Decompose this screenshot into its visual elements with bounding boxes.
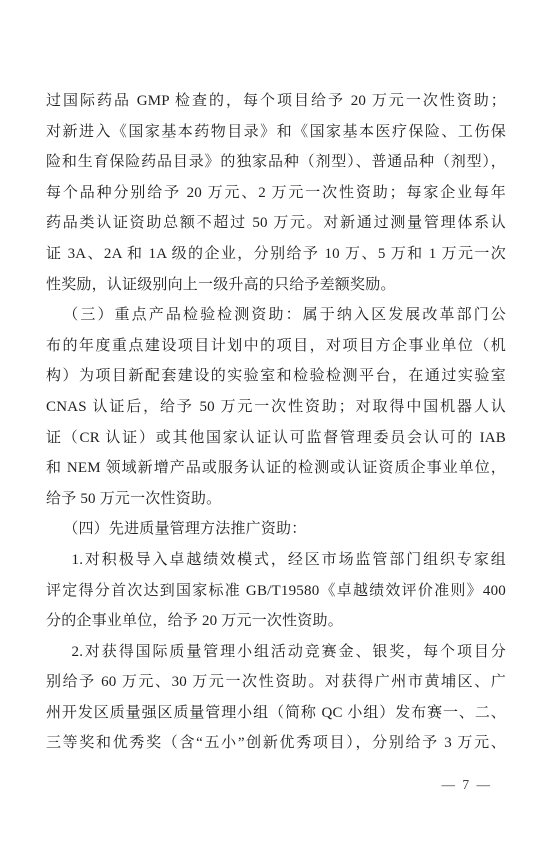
text-line: 险和生育保险药品目录》的独家品种（剂型）、普通品种（剂型）， bbox=[46, 147, 506, 178]
page-number: — 7 — bbox=[0, 776, 550, 794]
text-line: 别给予 60 万元、30 万元一次性资助。对获得广州市黄埔区、广 bbox=[46, 667, 506, 698]
text-line: （四）先进质量管理方法推广资助： bbox=[46, 514, 506, 545]
text-line: CNAS 认证后，给予 50 万元一次性资助；对取得中国机器人认 bbox=[46, 392, 506, 423]
text-line: 药品类认证资助总额不超过 50 万元。对新通过测量管理体系认 bbox=[46, 208, 506, 239]
text-line: 分的企事业单位，给予 20 万元一次性资助。 bbox=[46, 606, 506, 637]
text-line: 每个品种分别给予 20 万元、2 万元一次性资助；每家企业每年 bbox=[46, 178, 506, 209]
text-line: （三）重点产品检验检测资助：属于纳入区发展改革部门公 bbox=[46, 300, 506, 331]
text-line: 给予 50 万元一次性资助。 bbox=[46, 484, 506, 515]
text-line: 证 3A、2A 和 1A 级的企业，分别给予 10 万、5 万和 1 万元一次 bbox=[46, 239, 506, 270]
text-line: 过国际药品 GMP 检查的，每个项目给予 20 万元一次性资助； bbox=[46, 86, 506, 117]
text-line: 2.对获得国际质量管理小组活动竞赛金、银奖，每个项目分 bbox=[46, 637, 506, 668]
text-line: 构）为项目新配套建设的实验室和检验检测平台，在通过实验室 bbox=[46, 361, 506, 392]
text-line: 性奖励，认证级别向上一级升高的只给予差额奖励。 bbox=[46, 270, 506, 301]
text-line: 州开发区质量强区质量管理小组（简称 QC 小组）发布赛一、二、 bbox=[46, 698, 506, 729]
text-line: 和 NEM 领域新增产品或服务认证的检测或认证资质企事业单位， bbox=[46, 453, 506, 484]
text-line: 证（CR 认证）或其他国家认证认可监督管理委员会认可的 IAB bbox=[46, 423, 506, 454]
document-page: 过国际药品 GMP 检查的，每个项目给予 20 万元一次性资助；对新进入《国家基… bbox=[0, 0, 550, 859]
text-line: 布的年度重点建设项目计划中的项目，对项目方企事业单位（机 bbox=[46, 331, 506, 362]
text-line: 对新进入《国家基本药物目录》和《国家基本医疗保险、工伤保 bbox=[46, 117, 506, 148]
text-line: 评定得分首次达到国家标准 GB/T19580《卓越绩效评价准则》400 bbox=[46, 576, 506, 607]
text-line: 1.对积极导入卓越绩效模式，经区市场监管部门组织专家组 bbox=[46, 545, 506, 576]
document-body: 过国际药品 GMP 检查的，每个项目给予 20 万元一次性资助；对新进入《国家基… bbox=[0, 0, 550, 759]
text-line: 三等奖和优秀奖（含“五小”创新优秀项目），分别给予 3 万元、 bbox=[46, 728, 506, 759]
